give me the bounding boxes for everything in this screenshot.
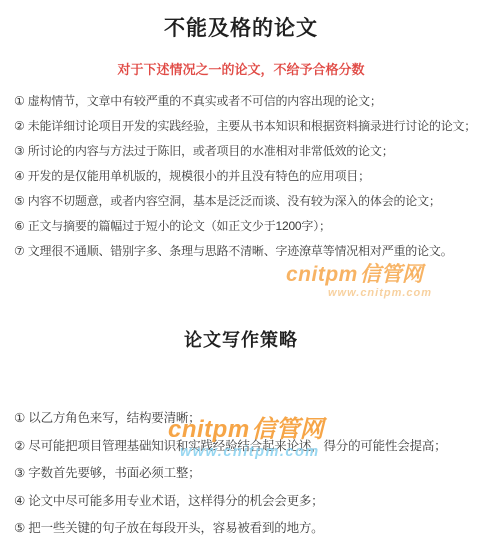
list-item: ④ 论文中尽可能多用专业术语，这样得分的机会会更多； xyxy=(14,488,482,516)
watermark-suffix: 信管网 xyxy=(360,263,423,286)
watermark-url: www.cnitpm.com xyxy=(328,287,432,299)
list-item: ① 虚构情节，文章中有较严重的不真实或者不可信的内容出现的论文； xyxy=(14,89,482,114)
watermark-brand-line: cnitpm信管网 xyxy=(286,263,432,286)
section2-title: 论文写作策略 xyxy=(0,326,482,352)
list-item: ⑤ 内容不切题意，或者内容空洞，基本是泛泛而谈、没有较为深入的体会的论文； xyxy=(14,189,482,214)
list-item: ③ 字数首先要够，书面必须工整； xyxy=(14,460,482,488)
list-item: ① 以乙方角色来写，结构要清晰； xyxy=(14,405,482,433)
watermark: cnitpm信管网 www.cnitpm.com xyxy=(286,263,432,299)
section2-list: ① 以乙方角色来写，结构要清晰； ② 尽可能把项目管理基础知识和实践经验结合起来… xyxy=(14,405,482,536)
document-page: 不能及格的论文 对于下述情况之一的论文，不给予合格分数 ① 虚构情节，文章中有较… xyxy=(0,0,482,536)
section1-subtitle: 对于下述情况之一的论文，不给予合格分数 xyxy=(0,59,482,78)
list-item: ⑥ 正文与摘要的篇幅过于短小的论文（如正文少于1200字）； xyxy=(14,214,482,239)
list-item: ③ 所讨论的内容与方法过于陈旧，或者项目的水准相对非常低效的论文； xyxy=(14,139,482,164)
section1-title: 不能及格的论文 xyxy=(0,12,482,42)
section1-list: ① 虚构情节，文章中有较严重的不真实或者不可信的内容出现的论文； ② 未能详细讨… xyxy=(14,89,482,264)
list-item: ⑦ 文理很不通顺、错别字多、条理与思路不清晰、字迹潦草等情况相对严重的论文。 xyxy=(14,239,482,264)
list-item: ② 未能详细讨论项目开发的实践经验，主要从书本知识和根据资料摘录进行讨论的论文； xyxy=(14,114,482,139)
list-item: ④ 开发的是仅能用单机版的，规模很小的并且没有特色的应用项目； xyxy=(14,164,482,189)
watermark-brand: cnitpm xyxy=(286,263,358,286)
list-item: ⑤ 把一些关键的句子放在每段开头，容易被看到的地方。 xyxy=(14,515,482,536)
list-item: ② 尽可能把项目管理基础知识和实践经验结合起来论述，得分的可能性会提高； xyxy=(14,433,482,461)
